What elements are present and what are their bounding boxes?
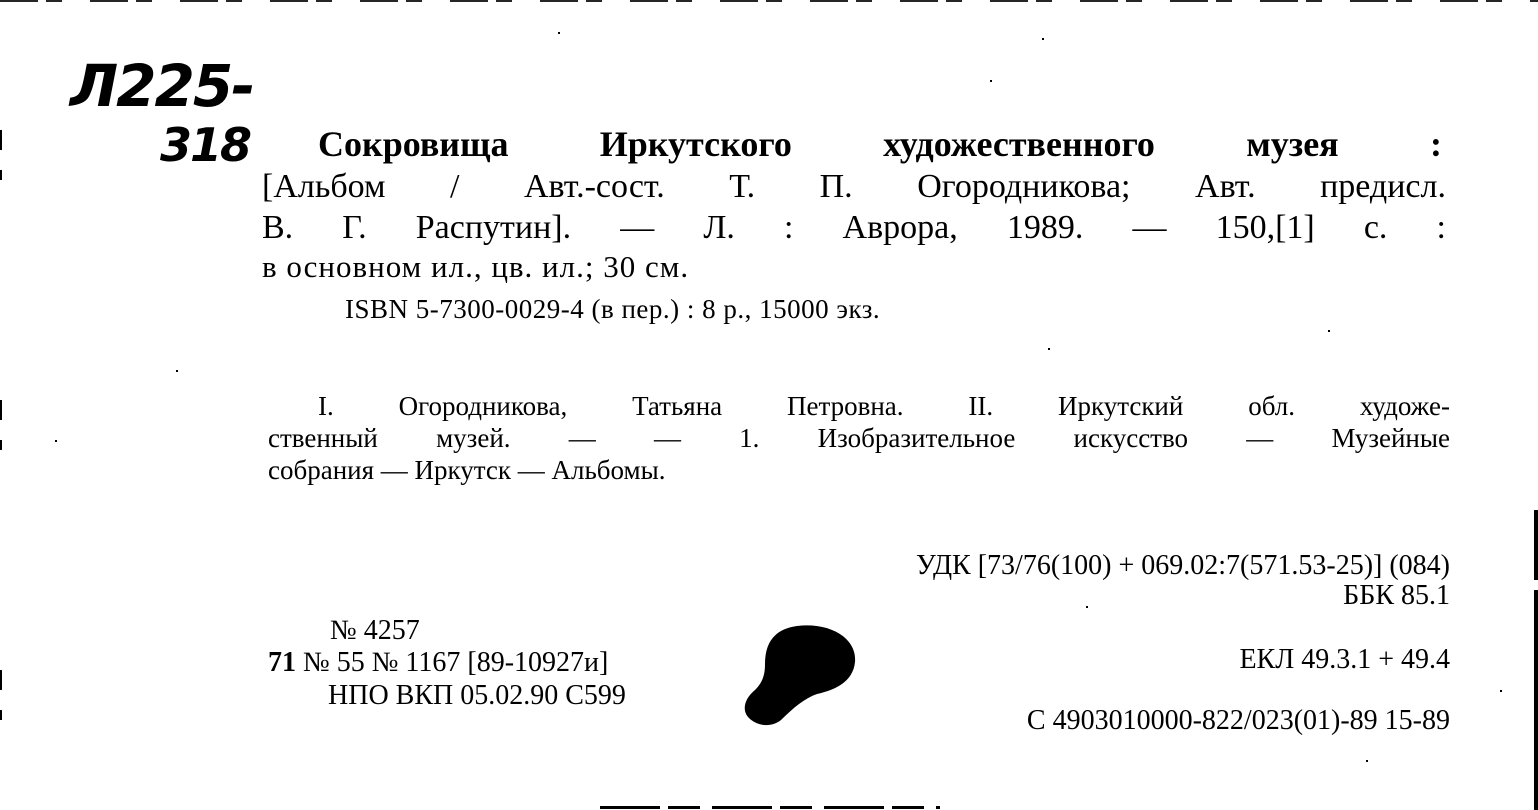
- card-edge-left: [0, 0, 2, 810]
- word: —: [1246, 425, 1273, 452]
- word: обл.: [1248, 393, 1295, 420]
- print-order-rest: № 55 № 1167 [89-10927и]: [296, 647, 608, 678]
- description-line-1: [Альбом/Авт.-сост.Т.П.Огородникова;Авт.п…: [262, 170, 1446, 204]
- word: Огородникова;: [917, 170, 1130, 204]
- word: ственный: [268, 425, 378, 452]
- tracing-line-2: ственныймузей.——1.Изобразительноеискусст…: [268, 425, 1450, 452]
- word: предисл.: [1320, 170, 1446, 204]
- shelfmark-line-2: 318: [160, 118, 250, 172]
- word: —: [1132, 211, 1166, 245]
- word: Авт.: [1195, 170, 1256, 204]
- print-number: № 4257: [330, 617, 420, 645]
- title-word: музея: [1246, 126, 1338, 162]
- word: П.: [820, 170, 853, 204]
- word: Изобразительное: [818, 425, 1016, 452]
- title-word: :: [1430, 126, 1442, 162]
- word: Петровна.: [787, 393, 904, 420]
- word: 1.: [739, 425, 759, 452]
- book-title: Сокровища Иркутского художественного муз…: [318, 126, 1442, 162]
- printer-line: НПО ВКП 05.02.90 С599: [328, 682, 626, 710]
- word: Музейные: [1331, 425, 1450, 452]
- word: Т.: [729, 170, 755, 204]
- word: —: [569, 425, 596, 452]
- c-number-code: С 4903010000-822/023(01)-89 15-89: [1027, 707, 1450, 735]
- word: В.: [262, 211, 293, 245]
- word: Огородникова,: [399, 393, 568, 420]
- word: :: [784, 211, 793, 245]
- description-line-2: В.Г.Распутин].—Л.:Аврора,1989.—150,[1]с.…: [262, 211, 1446, 245]
- title-word: художественного: [883, 126, 1155, 162]
- word: Распутин].: [416, 211, 571, 245]
- word: художе-: [1360, 393, 1450, 420]
- tracing-line-1: I.Огородникова,ТатьянаПетровна.II.Иркутс…: [318, 393, 1450, 420]
- isbn-line: ISBN 5-7300-0029-4 (в пер.) : 8 р., 1500…: [345, 296, 880, 323]
- word: I.: [318, 393, 334, 420]
- description-line-3: в основном ил., цв. ил.; 30 см.: [262, 251, 689, 282]
- title-word: Сокровища: [318, 126, 508, 162]
- word: —: [620, 211, 654, 245]
- card-edge-top: [0, 0, 1538, 2]
- udk-code: УДК [73/76(100) + 069.02:7(571.53-25)] (…: [916, 552, 1450, 580]
- word: Аврора,: [843, 211, 958, 245]
- word: 150,[1]: [1216, 211, 1315, 245]
- word: Г.: [342, 211, 366, 245]
- word: /: [450, 170, 459, 204]
- word: Татьяна: [632, 393, 722, 420]
- print-order-line: 71 № 55 № 1167 [89-10927и]: [268, 649, 608, 677]
- title-word: Иркутского: [600, 126, 792, 162]
- ekl-code: ЕКЛ 49.3.1 + 49.4: [1239, 646, 1450, 674]
- ink-blot-icon: [735, 620, 865, 730]
- tracing-line-3: собрания — Иркутск — Альбомы.: [268, 457, 665, 484]
- word: музей.: [436, 425, 510, 452]
- word: 1989.: [1007, 211, 1084, 245]
- bbk-code: ББК 85.1: [1343, 582, 1450, 610]
- card-edge-right: [1534, 510, 1538, 810]
- word: —: [654, 425, 681, 452]
- shelfmark-line-1: Л225-: [70, 52, 253, 120]
- word: II.: [968, 393, 993, 420]
- word: Авт.-сост.: [524, 170, 665, 204]
- word: Иркутский: [1058, 393, 1183, 420]
- word: с.: [1364, 211, 1388, 245]
- print-order-lead: 71: [268, 647, 296, 678]
- word: :: [1437, 211, 1446, 245]
- word: Л.: [703, 211, 735, 245]
- catalog-card: Л225- 318 Сокровища Иркутского художеств…: [0, 0, 1538, 810]
- word: искусство: [1074, 425, 1189, 452]
- word: [Альбом: [262, 170, 386, 204]
- card-edge-bottom: [600, 806, 940, 809]
